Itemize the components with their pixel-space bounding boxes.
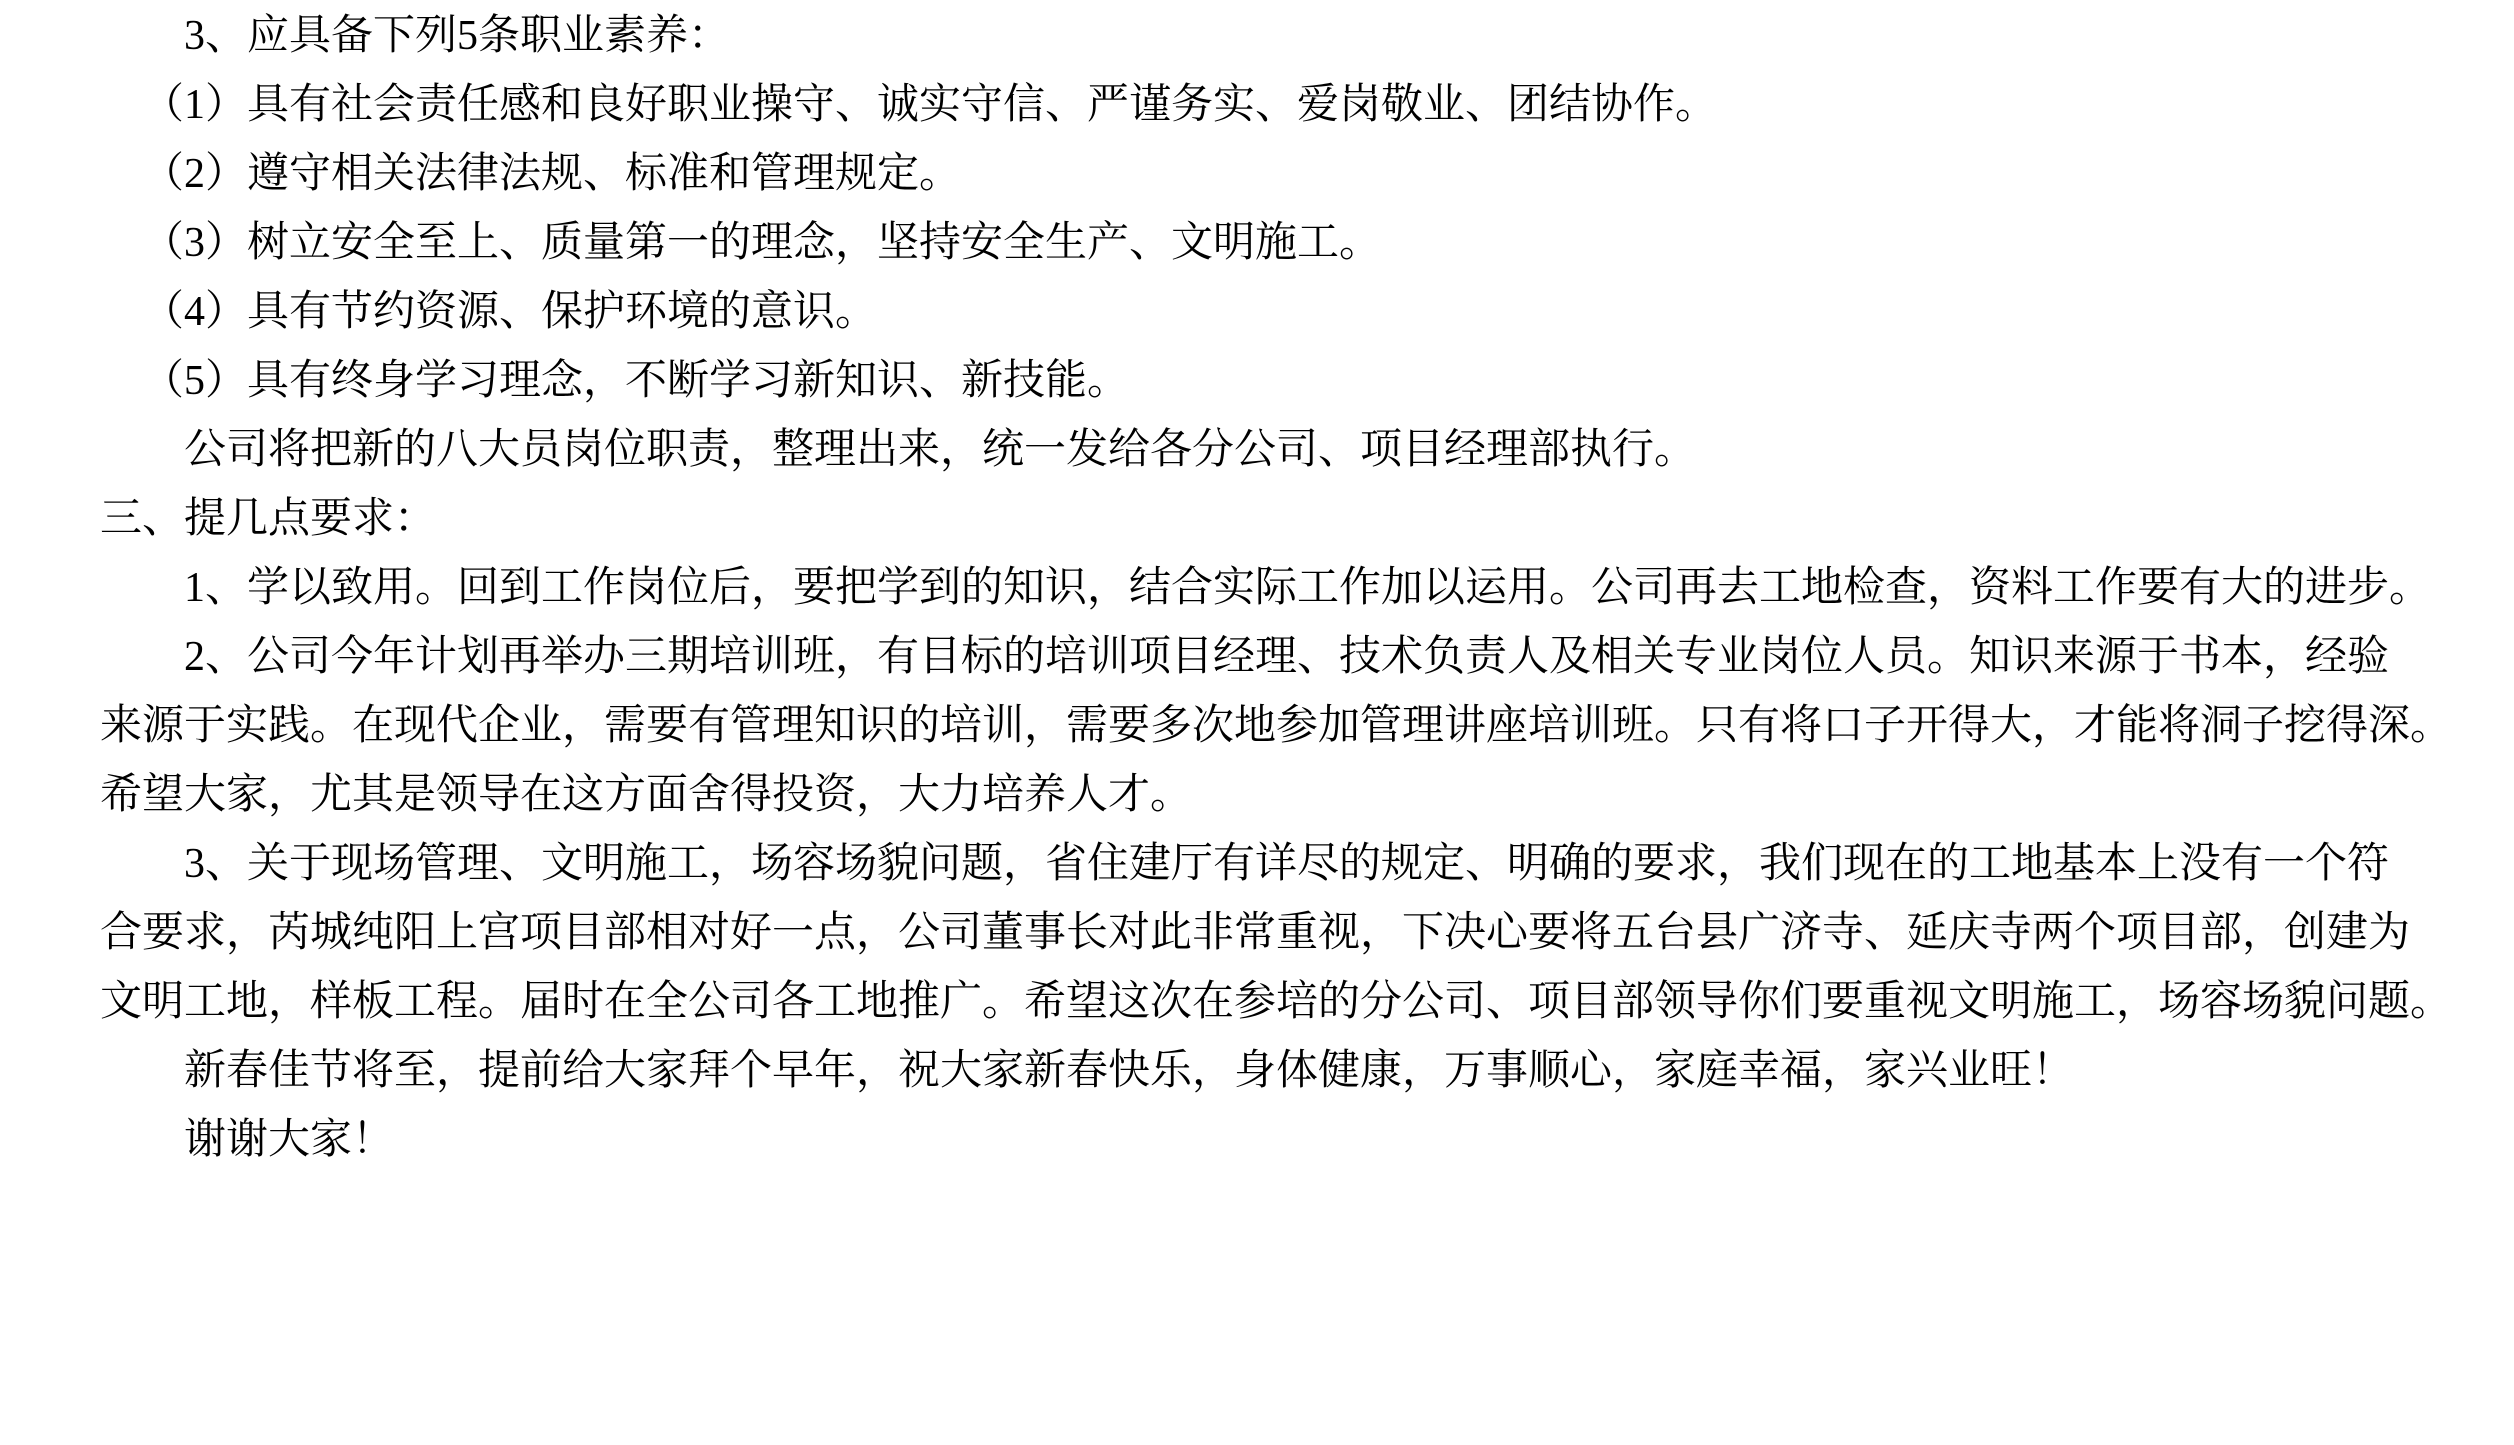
document-page: 3、应具备下列5条职业素养： （1）具有社会责任感和良好职业操守、诚实守信、严谨… [0,0,2514,1445]
requirement-3-line-1: 3、关于现场管理、文明施工，场容场貌问题，省住建厅有详尽的规定、明确的要求，我们… [100,830,2514,899]
requirement-3-line-2: 合要求，芮城纯阳上宫项目部相对好一点，公司董事长对此非常重视，下决心要将五台县广… [100,899,2514,968]
requirement-2-line-1: 2、公司今年计划再举办三期培训班，有目标的培训项目经理、技术负责人及相关专业岗位… [100,623,2514,692]
requirement-1-line: 1、学以致用。回到工作岗位后，要把学到的知识，结合实际工作加以运用。公司再去工地… [100,554,2514,623]
thanks-line: 谢谢大家！ [100,1106,2514,1175]
quality-item-1: （1）具有社会责任感和良好职业操守、诚实守信、严谨务实、爱岗敬业、团结协作。 [100,71,2514,140]
requirement-3-line-3: 文明工地，样板工程。届时在全公司各工地推广。希望这次在参培的分公司、项目部领导你… [100,968,2514,1037]
requirement-2-line-3: 希望大家，尤其是领导在这方面舍得投资，大力培养人才。 [100,761,2514,830]
quality-item-3: （3）树立安全至上、质量第一的理念，坚持安全生产、文明施工。 [100,209,2514,278]
new-year-greeting-line: 新春佳节将至，提前给大家拜个早年，祝大家新春快乐，身体健康，万事顺心，家庭幸福，… [100,1037,2514,1106]
duty-distribution-line: 公司将把新的八大员岗位职责，整理出来，统一发给各分公司、项目经理部执行。 [100,416,2514,485]
requirement-2-line-2: 来源于实践。在现代企业，需要有管理知识的培训，需要多次地参加管理讲座培训班。只有… [100,692,2514,761]
quality-item-5: （5）具有终身学习理念，不断学习新知识、新技能。 [100,347,2514,416]
section-three-heading: 三、提几点要求： [100,485,2514,554]
quality-intro-line: 3、应具备下列5条职业素养： [100,2,2514,71]
quality-item-2: （2）遵守相关法律法规、标准和管理规定。 [100,140,2514,209]
quality-item-4: （4）具有节约资源、保护环境的意识。 [100,278,2514,347]
